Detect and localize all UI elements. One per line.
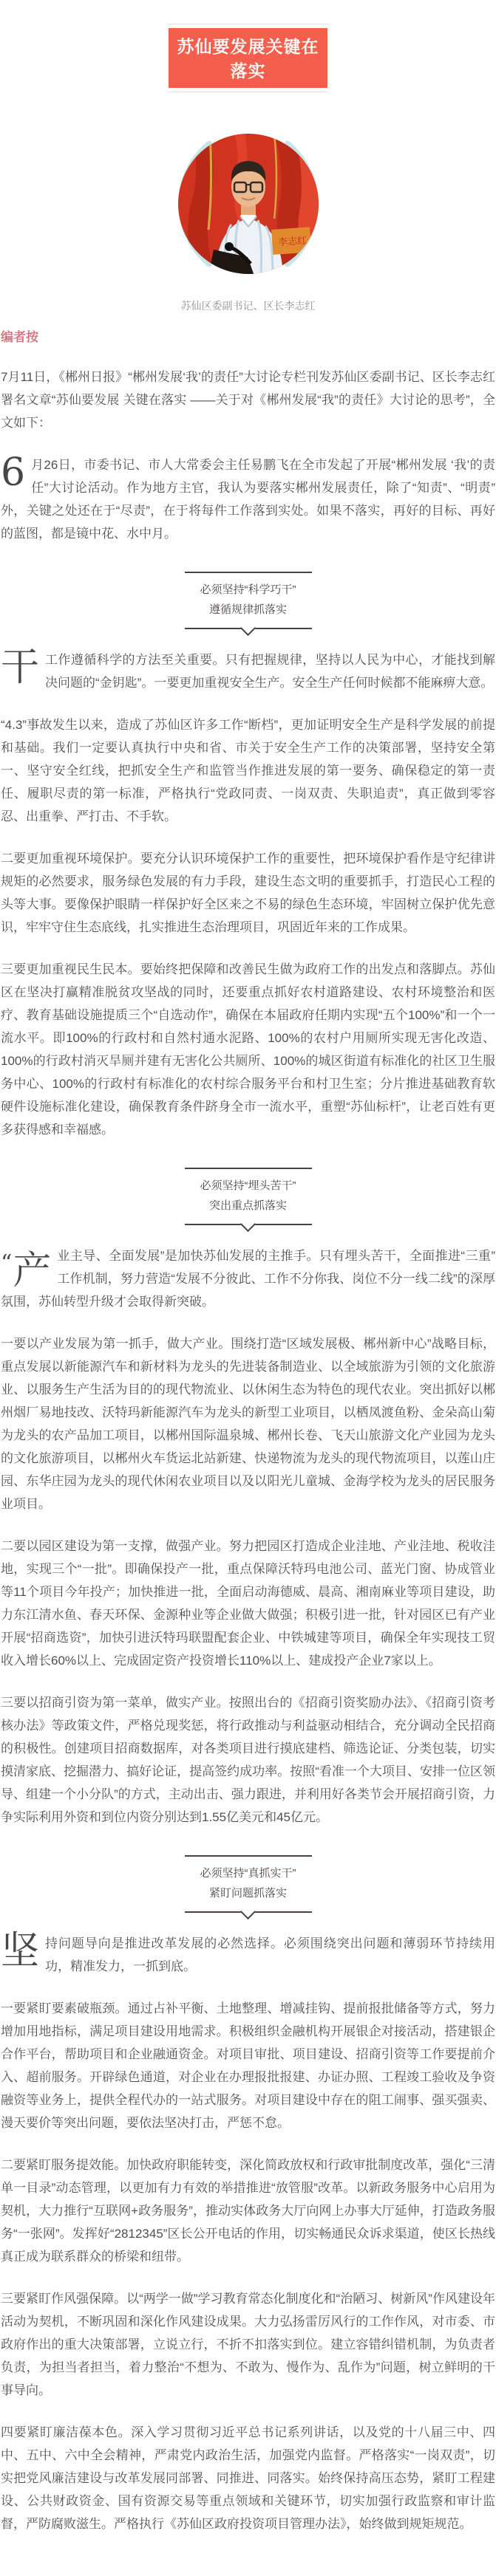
paragraph-text: 二要更加重视环境保护。要充分认识环境保护工作的重要性，把环境保护看作是守纪律讲规…	[1, 852, 495, 934]
article-body: 6月26日，市委书记、市人大常委会主任易鹏飞在全市发起了开展“郴州发展 ‘我’的…	[0, 453, 496, 2535]
paragraph-text: 业主导、全面发展”是加快苏仙发展的主推手。只有埋头苦干，全面推进“三重”工作机制…	[1, 1249, 495, 1309]
dropcap-paragraph: 6月26日，市委书记、市人大常委会主任易鹏飞在全市发起了开展“郴州发展 ‘我’的…	[1, 453, 495, 545]
dropcap-initial: 6	[1, 456, 25, 490]
intro-paragraph: 7月11日，《郴州日报》“郴州发展‘我’的责任”大讨论专栏刊发苏仙区委副书记、区…	[1, 366, 495, 434]
paragraph-text: “4.3”事故发生以来，造成了苏仙区许多工作“断档”，更加证明安全生产是科学发展…	[1, 718, 495, 823]
callout-line2: 遵循规律抓落实	[185, 600, 312, 620]
paragraph-text: 四要紧盯廉洁葆本色。深入学习贯彻习近平总书记系列讲话，以及党的十八届三中、四中、…	[1, 2425, 495, 2531]
paragraph-text: 工作遵循科学的方法至关重要。只有把握规律，坚持以人民为中心，才能找到解决问题的“…	[45, 653, 495, 690]
article-paragraph: 二要以园区建设为第一支撑，做强产业。努力把园区打造成企业洼地、产业洼地、税收洼地…	[1, 1535, 495, 1672]
paragraph-text: 持问题导向是推进改革发展的必然选择。必须围绕突出问题和薄弱环节持续用功，精准发力…	[45, 1936, 495, 1973]
paragraph-text: 三要以招商引资为第一菜单，做实产业。按照出台的《招商引资奖励办法》、《招商引资考…	[1, 1696, 495, 1824]
paragraph-text: 三要紧盯作风强保障。以“两学一做”学习教育常态化制度化和“治陋习、树新风”作风建…	[1, 2292, 495, 2397]
paragraph-text: 一要紧盯要素破瓶颈。通过占补平衡、土地整理、增减挂钩、提前报批储备等方式，努力增…	[1, 2001, 495, 2130]
dropcap-paragraph: “产业主导、全面发展”是加快苏仙发展的主推手。只有埋头苦干，全面推进“三重”工作…	[1, 1244, 495, 1313]
paragraph-text: 二要紧盯服务提效能。加快政府职能转变，深化简政放权和行政审批制度改革，强化“三清…	[1, 2158, 495, 2264]
article-paragraph: 三要以招商引资为第一菜单，做实产业。按照出台的《招商引资奖励办法》、《招商引资考…	[1, 1691, 495, 1829]
callout-line2: 紧盯问题抓落实	[185, 1883, 312, 1903]
name-placard: 李志红	[271, 227, 311, 255]
portrait-photo-svg: 李志红	[163, 119, 333, 289]
dropcap-paragraph: 坚持问题导向是推进改革发展的必然选择。必须围绕突出问题和薄弱环节持续用功，精准发…	[1, 1932, 495, 1978]
photo-caption: 苏仙区委副书记、区长李志红	[0, 298, 496, 313]
article-paragraph: 三要紧盯作风强保障。以“两学一做”学习教育常态化制度化和“治陋习、树新风”作风建…	[1, 2287, 495, 2402]
callout-box: 必须坚持“科学巧干”遵循规律抓落实	[185, 572, 312, 634]
article-paragraph: 三要更加重视民生民本。要始终把保障和改善民生做为政府工作的出发点和落脚点。苏仙区…	[1, 958, 495, 1141]
callout-line1: 必须坚持“科学巧干”	[185, 580, 312, 600]
editor-note-label: 编者按	[1, 326, 496, 345]
callout-line2: 突出重点抓落实	[185, 1196, 312, 1216]
dropcap-paragraph: 干工作遵循科学的方法至关重要。只有把握规律，坚持以人民为中心，才能找到解决问题的…	[1, 648, 495, 694]
article-paragraph: 二要紧盯服务提效能。加快政府职能转变，深化简政放权和行政审批制度改革，强化“三清…	[1, 2154, 495, 2268]
paragraph-text: 二要以园区建设为第一支撑，做强产业。努力把园区打造成企业洼地、产业洼地、税收洼地…	[1, 1539, 495, 1668]
article-paragraph: 四要紧盯廉洁葆本色。深入学习贯彻习近平总书记系列讲话，以及党的十八届三中、四中、…	[1, 2421, 495, 2535]
callout-line1: 必须坚持“真抓实干”	[185, 1863, 312, 1883]
title-banner-wrap: 苏仙要发展关键在落实	[167, 24, 329, 92]
callout-box: 必须坚持“埋头苦干”突出重点抓落实	[185, 1168, 312, 1230]
placard-text: 李志红	[277, 235, 307, 248]
paragraph-text: 三要更加重视民生民本。要始终把保障和改善民生做为政府工作的出发点和落脚点。苏仙区…	[1, 962, 495, 1137]
dropcap-quote: “	[1, 1250, 12, 1276]
article-paragraph: 一要以产业发展为第一抓手，做大产业。围绕打造“区域发展极、郴州新中心”战略目标，…	[1, 1332, 495, 1515]
callout-line1: 必须坚持“埋头苦干”	[185, 1176, 312, 1196]
article-paragraph: “4.3”事故发生以来，造成了苏仙区许多工作“断档”，更加证明安全生产是科学发展…	[1, 713, 495, 828]
article-title-banner: 苏仙要发展关键在落实	[169, 28, 327, 88]
callout-box: 必须坚持“真抓实干”紧盯问题抓落实	[185, 1855, 312, 1917]
dropcap-initial: “产	[1, 1247, 51, 1288]
dropcap-initial: 坚	[1, 1934, 39, 1968]
paragraph-text: 一要以产业发展为第一抓手，做大产业。围绕打造“区域发展极、郴州新中心”战略目标，…	[1, 1337, 495, 1511]
article-paragraph: 二要更加重视环境保护。要充分认识环境保护工作的重要性，把环境保护看作是守纪律讲规…	[1, 847, 495, 939]
paragraph-text: 月26日，市委书记、市人大常委会主任易鹏飞在全市发起了开展“郴州发展 ‘我’的责…	[1, 458, 495, 541]
article-paragraph: 一要紧盯要素破瓶颈。通过占补平衡、土地整理、增减挂钩、提前报批储备等方式，努力增…	[1, 1997, 495, 2134]
portrait-photo: 李志红	[163, 119, 333, 292]
page-title: 苏仙要发展关键在落实	[177, 37, 319, 80]
dropcap-initial: 干	[1, 651, 39, 685]
article-page: 苏仙要发展关键在落实	[0, 0, 496, 2576]
